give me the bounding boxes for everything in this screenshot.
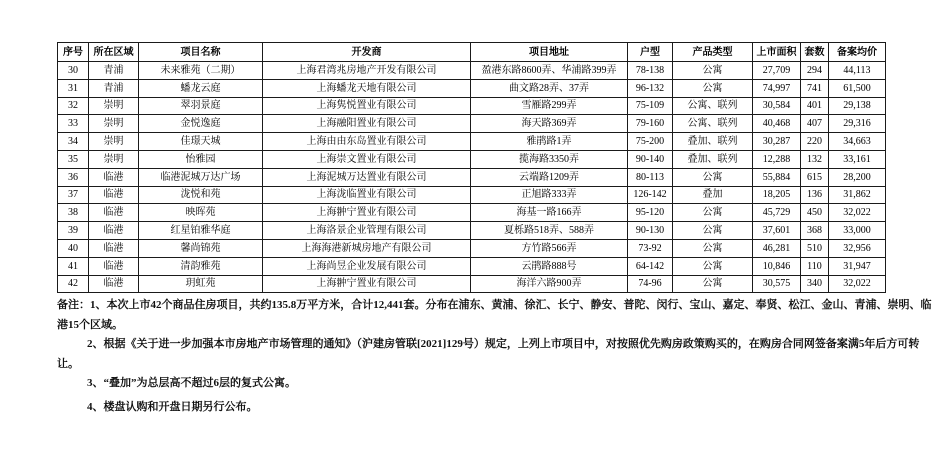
table-cell: 29,316: [829, 115, 886, 133]
table-cell: 33,161: [829, 150, 886, 168]
table-cell: 上海尚昱企业发展有限公司: [263, 257, 471, 275]
table-cell: 上海君湾兆房地产开发有限公司: [263, 62, 471, 80]
table-cell: 临港: [89, 168, 139, 186]
table-cell: 泷悦和苑: [139, 186, 263, 204]
table-cell: 崇明: [89, 133, 139, 151]
table-cell: 510: [801, 239, 829, 257]
table-cell: 220: [801, 133, 829, 151]
table-cell: 正旭路333弄: [471, 186, 628, 204]
table-cell: 叠加、联列: [673, 133, 753, 151]
column-header-developer: 开发商: [263, 43, 471, 62]
table-row: 41临港清韵雅苑上海尚昱企业发展有限公司云鹃路888号64-142公寓10,84…: [58, 257, 886, 275]
table-cell: 公寓: [673, 239, 753, 257]
table-cell: 96-132: [628, 79, 673, 97]
table-cell: 10,846: [753, 257, 801, 275]
table-cell: 27,709: [753, 62, 801, 80]
table-cell: 云鹃路888号: [471, 257, 628, 275]
table-cell: 红星铂雅华庭: [139, 222, 263, 240]
table-cell: 615: [801, 168, 829, 186]
document-page: 序号 所在区域 项目名称 开发商 项目地址 户型 产品类型 上市面积 套数 备案…: [0, 0, 937, 453]
table-cell: 110: [801, 257, 829, 275]
table-cell: 青浦: [89, 62, 139, 80]
table-cell: 临港: [89, 186, 139, 204]
table-row: 30青浦未来雅苑（二期）上海君湾兆房地产开发有限公司盈港东路8600弄、华浦路3…: [58, 62, 886, 80]
table-cell: 31,862: [829, 186, 886, 204]
table-cell: 31: [58, 79, 89, 97]
table-cell: 临港: [89, 257, 139, 275]
note-paragraph-3: 3、“叠加”为总层高不超过6层的复式公寓。: [57, 374, 933, 394]
table-cell: 74-96: [628, 275, 673, 293]
table-cell: 上海崇文置业有限公司: [263, 150, 471, 168]
table-cell: 公寓: [673, 257, 753, 275]
column-header-unit-type: 户型: [628, 43, 673, 62]
table-cell: 31,947: [829, 257, 886, 275]
table-cell: 临港: [89, 239, 139, 257]
table-cell: 12,288: [753, 150, 801, 168]
table-cell: 34,663: [829, 133, 886, 151]
table-row: 38临港映晖苑上海翀宁置业有限公司海基一路166弄95-120公寓45,7294…: [58, 204, 886, 222]
table-row: 42临港玥虹苑上海翀宁置业有限公司海洋六路900弄74-96公寓30,57534…: [58, 275, 886, 293]
table-row: 35崇明怡雅园上海崇文置业有限公司揽海路3350弄90-140叠加、联列12,2…: [58, 150, 886, 168]
table-cell: 407: [801, 115, 829, 133]
table-cell: 73-92: [628, 239, 673, 257]
table-cell: 37: [58, 186, 89, 204]
table-cell: 61,500: [829, 79, 886, 97]
table-cell: 80-113: [628, 168, 673, 186]
table-cell: 41: [58, 257, 89, 275]
table-cell: 64-142: [628, 257, 673, 275]
table-cell: 46,281: [753, 239, 801, 257]
table-cell: 揽海路3350弄: [471, 150, 628, 168]
table-cell: 34: [58, 133, 89, 151]
table-cell: 132: [801, 150, 829, 168]
column-header-address: 项目地址: [471, 43, 628, 62]
table-cell: 清韵雅苑: [139, 257, 263, 275]
column-header-project-name: 项目名称: [139, 43, 263, 62]
table-cell: 馨尚锦苑: [139, 239, 263, 257]
table-cell: 上海翀宁置业有限公司: [263, 275, 471, 293]
table-cell: 公寓、联列: [673, 97, 753, 115]
table-header-row: 序号 所在区域 项目名称 开发商 项目地址 户型 产品类型 上市面积 套数 备案…: [58, 43, 886, 62]
table-cell: 崇明: [89, 115, 139, 133]
table-cell: 雪雁路299弄: [471, 97, 628, 115]
table-cell: 夏栎路518弄、588弄: [471, 222, 628, 240]
table-cell: 126-142: [628, 186, 673, 204]
table-cell: 金悦逸庭: [139, 115, 263, 133]
table-cell: 368: [801, 222, 829, 240]
table-row: 32崇明翠羽景庭上海隽悦置业有限公司雪雁路299弄75-109公寓、联列30,5…: [58, 97, 886, 115]
table-cell: 未来雅苑（二期）: [139, 62, 263, 80]
table-cell: 28,200: [829, 168, 886, 186]
table-cell: 79-160: [628, 115, 673, 133]
table-cell: 翠羽景庭: [139, 97, 263, 115]
table-cell: 曲文路28弄、37弄: [471, 79, 628, 97]
table-cell: 上海隽悦置业有限公司: [263, 97, 471, 115]
table-cell: 32,956: [829, 239, 886, 257]
column-header-listed-area: 上市面积: [753, 43, 801, 62]
table-cell: 33: [58, 115, 89, 133]
table-cell: 上海洛景企业管理有限公司: [263, 222, 471, 240]
table-cell: 公寓: [673, 275, 753, 293]
note-paragraph-2: 2、根据《关于进一步加强本市房地产市场管理的通知》（沪建房管联[2021]129…: [57, 335, 933, 374]
table-cell: 45,729: [753, 204, 801, 222]
table-cell: 上海海港新城房地产有限公司: [263, 239, 471, 257]
projects-table: 序号 所在区域 项目名称 开发商 项目地址 户型 产品类型 上市面积 套数 备案…: [57, 42, 886, 293]
column-header-avg-price: 备案均价: [829, 43, 886, 62]
notes-label: 备注：: [57, 299, 90, 311]
table-cell: 32,022: [829, 204, 886, 222]
table-cell: 136: [801, 186, 829, 204]
table-cell: 公寓、联列: [673, 115, 753, 133]
table-cell: 崇明: [89, 150, 139, 168]
table-cell: 55,884: [753, 168, 801, 186]
table-cell: 映晖苑: [139, 204, 263, 222]
table-row: 40临港馨尚锦苑上海海港新城房地产有限公司方竹路566弄73-92公寓46,28…: [58, 239, 886, 257]
table-cell: 401: [801, 97, 829, 115]
table-cell: 叠加: [673, 186, 753, 204]
table-cell: 上海翀宁置业有限公司: [263, 204, 471, 222]
table-cell: 公寓: [673, 168, 753, 186]
table-cell: 75-200: [628, 133, 673, 151]
table-cell: 33,000: [829, 222, 886, 240]
table-cell: 方竹路566弄: [471, 239, 628, 257]
table-cell: 32,022: [829, 275, 886, 293]
table-cell: 公寓: [673, 79, 753, 97]
note-text-1: 1、本次上市42个商品住房项目，共约135.8万平方米，合计12,441套。分布…: [57, 299, 932, 331]
column-header-district: 所在区域: [89, 43, 139, 62]
table-row: 36临港临港泥城万达广场上海泥城万达置业有限公司云端路1209弄80-113公寓…: [58, 168, 886, 186]
column-header-unit-count: 套数: [801, 43, 829, 62]
table-cell: 30: [58, 62, 89, 80]
table-cell: 上海融阳置业有限公司: [263, 115, 471, 133]
table-cell: 78-138: [628, 62, 673, 80]
table-cell: 40: [58, 239, 89, 257]
column-header-index: 序号: [58, 43, 89, 62]
table-cell: 海天路369弄: [471, 115, 628, 133]
table-cell: 公寓: [673, 204, 753, 222]
table-cell: 75-109: [628, 97, 673, 115]
table-cell: 临港: [89, 275, 139, 293]
table-cell: 35: [58, 150, 89, 168]
table-cell: 450: [801, 204, 829, 222]
table-cell: 30,287: [753, 133, 801, 151]
table-cell: 怡雅园: [139, 150, 263, 168]
table-cell: 临港: [89, 204, 139, 222]
table-cell: 盈港东路8600弄、华浦路399弄: [471, 62, 628, 80]
table-cell: 741: [801, 79, 829, 97]
table-cell: 公寓: [673, 62, 753, 80]
column-header-product-type: 产品类型: [673, 43, 753, 62]
table-cell: 海基一路166弄: [471, 204, 628, 222]
table-row: 34崇明佳璟天城上海由由东岛置业有限公司雅鹃路1弄75-200叠加、联列30,2…: [58, 133, 886, 151]
table-cell: 上海蟠龙天地有限公司: [263, 79, 471, 97]
table-row: 37临港泷悦和苑上海泷临置业有限公司正旭路333弄126-142叠加18,205…: [58, 186, 886, 204]
table-cell: 30,584: [753, 97, 801, 115]
table-row: 39临港红星铂雅华庭上海洛景企业管理有限公司夏栎路518弄、588弄90-130…: [58, 222, 886, 240]
note-paragraph-4: 4、楼盘认购和开盘日期另行公布。: [57, 398, 933, 418]
table-cell: 90-130: [628, 222, 673, 240]
table-cell: 崇明: [89, 97, 139, 115]
table-cell: 佳璟天城: [139, 133, 263, 151]
table-cell: 临港: [89, 222, 139, 240]
table-cell: 30,575: [753, 275, 801, 293]
table-cell: 公寓: [673, 222, 753, 240]
table-cell: 海洋六路900弄: [471, 275, 628, 293]
table-cell: 29,138: [829, 97, 886, 115]
table-cell: 上海由由东岛置业有限公司: [263, 133, 471, 151]
table-cell: 40,468: [753, 115, 801, 133]
table-cell: 临港泥城万达广场: [139, 168, 263, 186]
table-cell: 294: [801, 62, 829, 80]
table-cell: 玥虹苑: [139, 275, 263, 293]
table-cell: 蟠龙云庭: [139, 79, 263, 97]
table-body: 30青浦未来雅苑（二期）上海君湾兆房地产开发有限公司盈港东路8600弄、华浦路3…: [58, 62, 886, 293]
table-row: 31青浦蟠龙云庭上海蟠龙天地有限公司曲文路28弄、37弄96-132公寓74,9…: [58, 79, 886, 97]
table-cell: 42: [58, 275, 89, 293]
table-cell: 雅鹃路1弄: [471, 133, 628, 151]
table-cell: 37,601: [753, 222, 801, 240]
table-row: 33崇明金悦逸庭上海融阳置业有限公司海天路369弄79-160公寓、联列40,4…: [58, 115, 886, 133]
table-cell: 44,113: [829, 62, 886, 80]
table-cell: 90-140: [628, 150, 673, 168]
table-cell: 叠加、联列: [673, 150, 753, 168]
table-cell: 32: [58, 97, 89, 115]
notes-section: 备注：1、本次上市42个商品住房项目，共约135.8万平方米，合计12,441套…: [57, 296, 933, 417]
projects-table-container: 序号 所在区域 项目名称 开发商 项目地址 户型 产品类型 上市面积 套数 备案…: [57, 42, 886, 293]
table-cell: 36: [58, 168, 89, 186]
table-cell: 95-120: [628, 204, 673, 222]
table-cell: 18,205: [753, 186, 801, 204]
table-cell: 340: [801, 275, 829, 293]
table-cell: 74,997: [753, 79, 801, 97]
table-cell: 38: [58, 204, 89, 222]
note-paragraph-1: 备注：1、本次上市42个商品住房项目，共约135.8万平方米，合计12,441套…: [57, 296, 933, 335]
table-cell: 青浦: [89, 79, 139, 97]
table-cell: 云端路1209弄: [471, 168, 628, 186]
table-cell: 上海泥城万达置业有限公司: [263, 168, 471, 186]
table-cell: 上海泷临置业有限公司: [263, 186, 471, 204]
table-cell: 39: [58, 222, 89, 240]
